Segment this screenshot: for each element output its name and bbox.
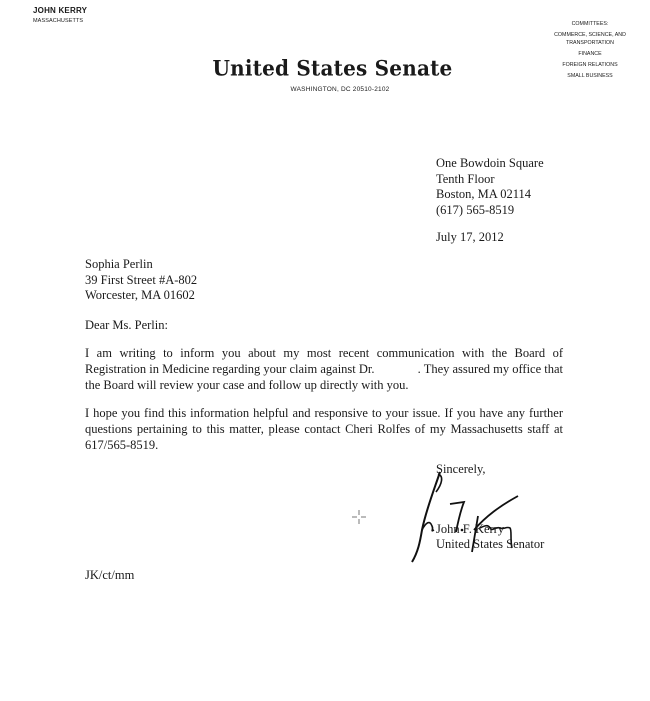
redacted-name: [redacted] bbox=[378, 362, 418, 378]
committee-item: FINANCE bbox=[540, 50, 640, 58]
committees-heading: COMMITTEES: bbox=[540, 20, 640, 28]
senator-name: JOHN KERRY bbox=[33, 6, 87, 15]
return-address-phone: (617) 565-8519 bbox=[436, 203, 544, 219]
senate-address: WASHINGTON, DC 20510-2102 bbox=[0, 86, 650, 93]
crosshair-icon bbox=[351, 509, 367, 525]
committee-item: SMALL BUSINESS bbox=[540, 72, 640, 80]
signature-icon bbox=[400, 470, 540, 570]
recipient-street: 39 First Street #A-802 bbox=[85, 273, 197, 289]
signer-name: John F. Kerry bbox=[436, 522, 504, 537]
return-address-line: One Bowdoin Square bbox=[436, 156, 544, 172]
committee-item: COMMERCE, SCIENCE, AND TRANSPORTATION bbox=[540, 31, 640, 47]
salutation: Dear Ms. Perlin: bbox=[85, 318, 168, 333]
reference-initials: JK/ct/mm bbox=[85, 568, 134, 583]
signer-title: United States Senator bbox=[436, 537, 544, 552]
return-address-line: Boston, MA 02114 bbox=[436, 187, 544, 203]
return-address-line: Tenth Floor bbox=[436, 172, 544, 188]
recipient-address: Sophia Perlin 39 First Street #A-802 Wor… bbox=[85, 257, 197, 304]
senator-state: MASSACHUSETTS bbox=[33, 18, 83, 24]
recipient-name: Sophia Perlin bbox=[85, 257, 197, 273]
committees-list: COMMITTEES: COMMERCE, SCIENCE, AND TRANS… bbox=[540, 20, 640, 80]
return-address: One Bowdoin Square Tenth Floor Boston, M… bbox=[436, 156, 544, 218]
recipient-city: Worcester, MA 01602 bbox=[85, 288, 197, 304]
committee-item: FOREIGN RELATIONS bbox=[540, 61, 640, 69]
body-paragraph: I hope you find this information helpful… bbox=[85, 406, 563, 453]
body-paragraph: I am writing to inform you about my most… bbox=[85, 346, 563, 393]
letter-date: July 17, 2012 bbox=[436, 230, 504, 245]
